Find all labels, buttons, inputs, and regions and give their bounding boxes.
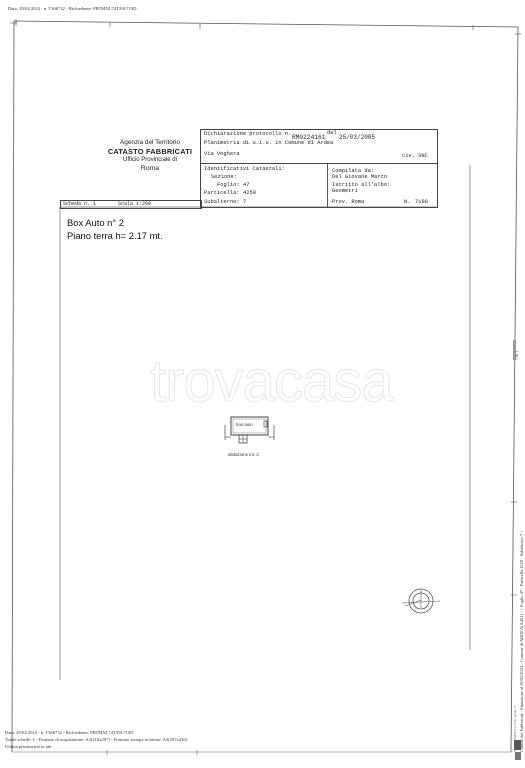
room-label: box auto: [236, 422, 253, 427]
scala-label: Scala 1:200: [118, 201, 151, 208]
agency-line2: CATASTO FABBRICATI: [96, 147, 204, 156]
unit-subtitle: Piano terra h= 2.17 mt.: [67, 230, 163, 242]
floorplan-drawing: [225, 417, 274, 443]
declaration-label: Dichiarazione protocollo n.: [204, 131, 291, 138]
declaration-date: 25/03/2005: [339, 134, 375, 141]
north-arrow-icon: [402, 589, 440, 613]
agency-line4: Roma: [96, 164, 204, 173]
declaration-address: Via Voghera: [204, 151, 240, 158]
header-stamp: Data: 29/02/2024 - n. T366732 - Richiede…: [8, 6, 137, 12]
agency-line1: Agenzia del Territorio: [96, 139, 204, 147]
foglio-value: 47: [243, 182, 249, 189]
declaration-line2: Planimetria di u.i.u. in Comune di Ardea: [204, 140, 333, 147]
declaration-civ: civ. SNC: [402, 153, 428, 160]
watermark-logo: trovacasa: [150, 352, 392, 412]
albo-value: Geometri: [332, 188, 358, 195]
footer-line2: Totale schede: 1 - Formato di acquisizio…: [5, 737, 187, 743]
foglio-label: Foglio:: [217, 182, 240, 189]
footer-line3: Ultima planimetria in atti: [5, 744, 52, 750]
unit-title: Box Auto n° 2: [67, 217, 124, 229]
identifiers-box: Identificativi Catastali: Sezione: Fogli…: [200, 163, 438, 208]
side-stamp-main: Catasto dei Fabbricati - Situazione al 2…: [519, 530, 524, 752]
scheda-box: Scheda n. 1 Scala 1:200: [60, 200, 202, 209]
footer-line1: Data: 29/02/2024 - n. T366732 - Richiede…: [5, 730, 134, 736]
identifiers-title: Identificativi Catastali:: [204, 166, 285, 173]
particella-value: 4259: [243, 190, 256, 197]
sezione-label: Sezione:: [211, 174, 237, 181]
number-value: 7188: [415, 199, 428, 206]
prov-label: Prov. Roma: [332, 199, 364, 206]
particella-label: Particella:: [204, 190, 240, 197]
declaration-box: Dichiarazione protocollo n. RM0224161 de…: [200, 129, 438, 163]
agency-line3: Ufficio Provinciale di: [96, 156, 204, 164]
subalterno-label: Subalterno:: [204, 199, 240, 206]
del-label: del: [327, 130, 337, 137]
side-page-mark: 1 di 1: [514, 351, 519, 360]
agency-block: Agenzia del Territorio CATASTO FABBRICAT…: [96, 139, 204, 173]
ident-divider: [327, 164, 328, 207]
scheda-label: Scheda n. 1: [63, 201, 96, 208]
floorplan-caption: abitazione int. 2: [228, 452, 259, 457]
number-label: N.: [404, 199, 410, 206]
compiler-name: Del Giovane Marco: [332, 174, 387, 181]
side-stamp-secondary: VIA VOGHERA n. SNC piano: T;: [513, 705, 517, 752]
subalterno-value: 7: [243, 199, 246, 206]
